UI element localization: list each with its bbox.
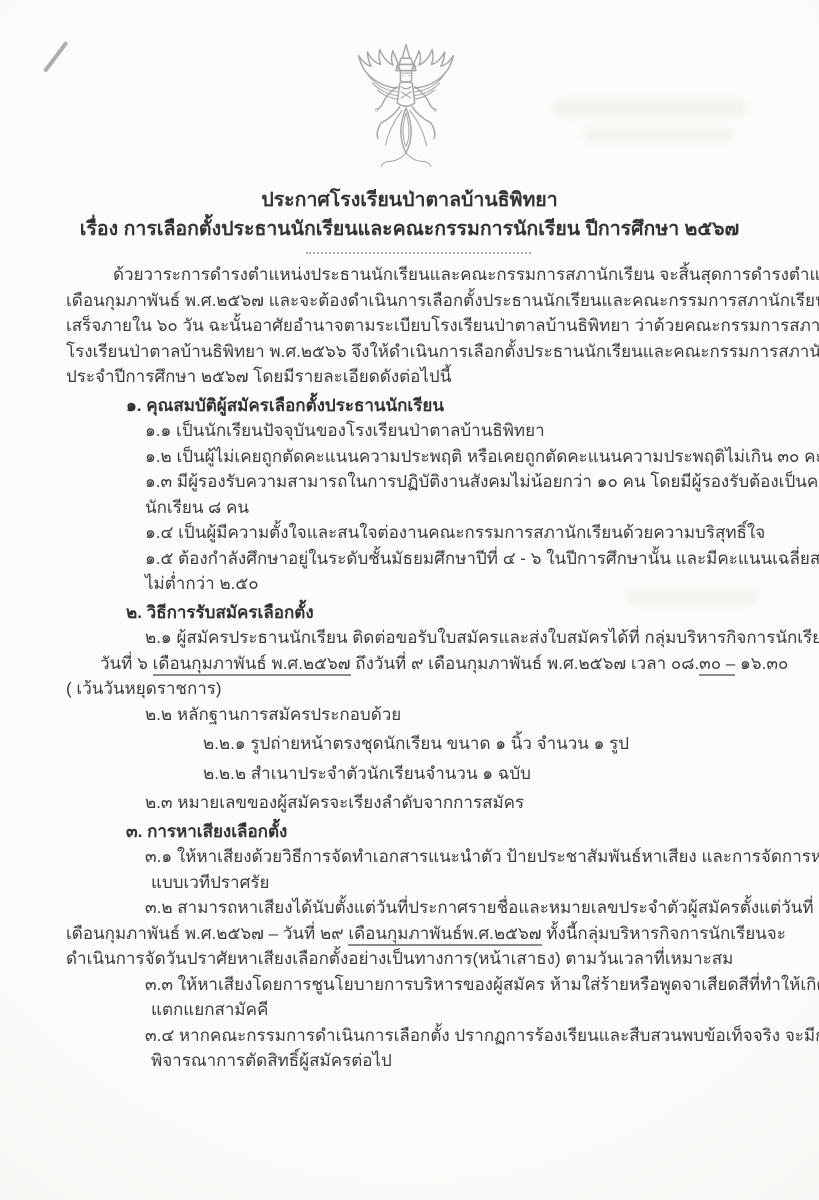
item-2-1: ๒.๑ ผู้สมัครประธานนักเรียน ติดต่อขอรับใบ…: [66, 625, 799, 651]
pen-mark-slash: [43, 41, 68, 73]
announcement-title: ประกาศโรงเรียนป่าตาลบ้านธิพิทยา: [0, 186, 819, 215]
pen-underline-date-1: เดือนกุมภาพันธ์ พ.ศ.๒๕๖๗: [153, 654, 351, 676]
item-2-1-dates-line: วันที่ ๖ เดือนกุมภาพันธ์ พ.ศ.๒๕๖๗ ถึงวัน…: [66, 651, 799, 677]
item-3-3: ๓.๓ ให้หาเสียงโดยการชูนโยบายการบริหารของ…: [66, 972, 799, 998]
item-1-1: ๑.๑ เป็นนักเรียนปัจจุบันของโรงเรียนป่าตา…: [66, 418, 799, 444]
date-text: ทั้งนี้กลุ่มบริหารกิจการนักเรียนจะ: [542, 924, 786, 943]
item-1-2: ๑.๒ เป็นผู้ไม่เคยถูกตัดคะแนนความประพฤติ …: [66, 444, 799, 470]
item-3-3-continuation: แตกแยกสามัคคี: [66, 997, 799, 1023]
item-2-2: ๒.๒ หลักฐานการสมัครประกอบด้วย: [66, 702, 799, 728]
intro-line-1: ด้วยวาระการดำรงตำแหน่งประธานนักเรียนและค…: [66, 262, 799, 288]
announcement-subject: เรื่อง การเลือกตั้งประธานนักเรียนและคณะก…: [0, 215, 819, 244]
announcement-header: ประกาศโรงเรียนป่าตาลบ้านธิพิทยา เรื่อง ก…: [0, 186, 819, 244]
item-3-2-dates-line: เดือนกุมภาพันธ์ พ.ศ.๒๕๖๗ – วันที่ ๒๙ เดื…: [66, 921, 799, 947]
item-3-4-continuation: พิจารณาการตัดสิทธิ์ผู้สมัครต่อไป: [66, 1048, 799, 1074]
item-1-5-continuation: ไม่ต่ำกว่า ๒.๕๐: [66, 571, 799, 597]
date-text: เดือนกุมภาพันธ์ พ.ศ.๒๕๖๗ – วันที่ ๒๙: [66, 924, 348, 943]
intro-line-3: เสร็จภายใน ๖๐ วัน ฉะนั้นอาศัยอำนาจตามระเ…: [66, 313, 799, 339]
document-page: ประกาศโรงเรียนป่าตาลบ้านธิพิทยา เรื่อง ก…: [0, 0, 819, 1200]
item-1-3: ๑.๓ มีผู้รองรับความสามารถในการปฏิบัติงาน…: [66, 469, 799, 495]
pen-underline-date-2: เดือนกุมภาพันธ์พ.ศ.๒๕๖๗: [348, 924, 541, 946]
item-3-1-continuation: แบบเวทีปราศรัย: [66, 870, 799, 896]
document-body: ด้วยวาระการดำรงตำแหน่งประธานนักเรียนและค…: [66, 262, 799, 1074]
intro-line-2: เดือนกุมภาพันธ์ พ.ศ.๒๕๖๗ และจะต้องดำเนิน…: [66, 288, 799, 314]
intro-line-4: โรงเรียนป่าตาลบ้านธิพิทยา พ.ศ.๒๕๖๖ จึงให…: [66, 339, 799, 365]
item-3-4: ๓.๔ หากคณะกรรมการดำเนินการเลือกตั้ง ปราก…: [66, 1023, 799, 1049]
date-text: ๑๖.๓๐: [735, 654, 788, 673]
section-3-heading: ๓. การหาเสียงเลือกตั้ง: [66, 819, 799, 845]
item-2-2-2: ๒.๒.๒ สำเนาประจำตัวนักเรียนจำนวน ๑ ฉบับ: [66, 761, 799, 787]
item-2-3: ๒.๓ หมายเลขของผู้สมัครจะเรียงลำดับจากการ…: [66, 790, 799, 816]
item-3-2: ๓.๒ สามารถหาเสียงได้นับตั้งแต่วันที่ประก…: [66, 895, 799, 921]
garuda-emblem: [356, 42, 456, 169]
item-1-4: ๑.๔ เป็นผู้มีความตั้งใจและสนใจต่องานคณะก…: [66, 520, 799, 546]
pen-underline-time: ๓๐ –: [699, 654, 735, 676]
item-2-2-1: ๒.๒.๑ รูปถ่ายหน้าตรงชุดนักเรียน ขนาด ๑ น…: [66, 731, 799, 757]
item-3-2-continuation: ดำเนินการจัดวันปราศัยหาเสียงเลือกตั้งอย่…: [66, 946, 799, 972]
item-3-1: ๓.๑ ให้หาเสียงด้วยวิธีการจัดทำเอกสารแนะน…: [66, 844, 799, 870]
date-text: วันที่ ๖: [100, 654, 153, 673]
section-2-heading: ๒. วิธีการรับสมัครเลือกตั้ง: [66, 600, 799, 626]
section-1-heading: ๑. คุณสมบัติผู้สมัครเลือกตั้งประธานนักเร…: [66, 393, 799, 419]
intro-line-5: ประจำปีการศึกษา ๒๕๖๗ โดยมีรายละเอียดดังต…: [66, 364, 799, 390]
item-1-3-continuation: นักเรียน ๘ คน: [66, 495, 799, 521]
item-2-1-note: ( เว้นวันหยุดราชการ): [66, 676, 799, 702]
item-1-5: ๑.๕ ต้องกำลังศึกษาอยู่ในระดับชั้นมัธยมศึ…: [66, 546, 799, 572]
date-text: ถึงวันที่ ๙ เดือนกุมภาพันธ์ พ.ศ.๒๕๖๗ เวล…: [351, 654, 700, 673]
show-through-smudge: [552, 100, 747, 116]
show-through-smudge: [584, 128, 734, 141]
dotted-divider: [306, 252, 531, 254]
